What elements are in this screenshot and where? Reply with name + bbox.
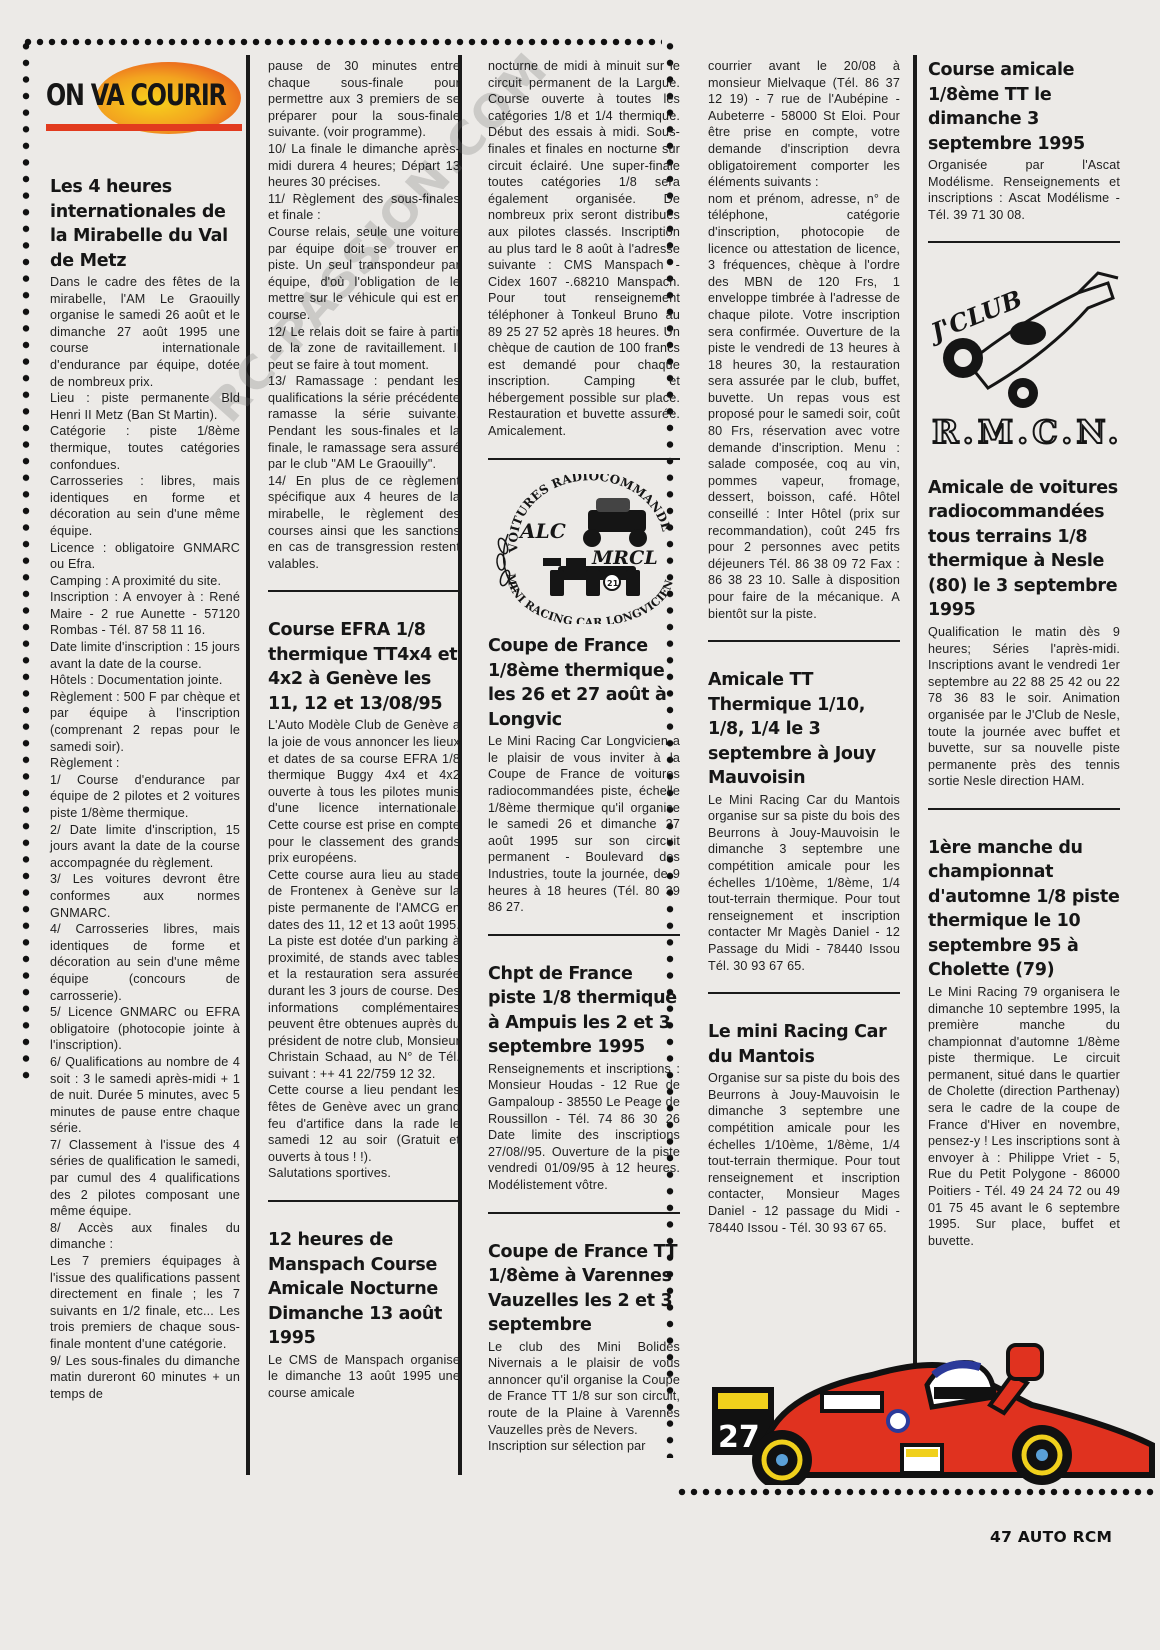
column-rule-4 [913, 55, 917, 1370]
article-body: Le Mini Racing 79 organisera le dimanche… [928, 984, 1120, 1250]
article-title: Chpt de France piste 1/8 thermique à Amp… [488, 962, 680, 1060]
column-rule-1 [246, 55, 250, 1475]
paragraph: Lieu : piste permanente Bld Henri II Met… [50, 390, 240, 423]
article-title: Amicale TT Thermique 1/10, 1/8, 1/4 le 3… [708, 668, 900, 791]
paragraph: 1/ Course d'endurance par équipe de 2 pi… [50, 772, 240, 822]
article-body: Renseignements et inscriptions : Monsieu… [488, 1061, 680, 1194]
paragraph: 6/ Qualifications au nombre de 4 soit : … [50, 1054, 240, 1137]
article-title: Coupe de France 1/8ème thermique les 26 … [488, 634, 680, 732]
paragraph: 12/ Le relais doit se faire à partir de … [268, 324, 460, 374]
paragraph: 9/ Les sous-finales du dimanche matin du… [50, 1353, 240, 1403]
paragraph: Le CMS de Manspach organise le dimanche … [268, 1352, 460, 1402]
article-body: Organise sur sa piste du bois des Beurro… [708, 1070, 900, 1236]
paragraph: Organise sur sa piste du bois des Beurro… [708, 1070, 900, 1236]
column-3: nocturne de midi à minuit sur le circuit… [488, 58, 680, 1455]
article-body-continued: nocturne de midi à minuit sur le circuit… [488, 58, 680, 440]
column-4: courrier avant le 20/08 à monsieur Mielv… [708, 58, 900, 1236]
article-body: Le Mini Racing Car du Mantois organise s… [708, 792, 900, 975]
page-number: 47 [990, 1528, 1012, 1546]
article-title: 12 heures de Manspach Course Amicale Noc… [268, 1228, 460, 1351]
paragraph: Organisée par l'Ascat Modélisme. Renseig… [928, 157, 1120, 223]
dotted-border-top [22, 38, 662, 46]
paragraph: Course relais, seule une voiture par équ… [268, 224, 460, 324]
magazine-page: ON VA COURIR RC-PASSION.COM Les 4 heures… [0, 0, 1160, 1650]
paragraph: Les 7 premiers équipages à l'issue des q… [50, 1253, 240, 1353]
article-body: Qualification le matin dès 9 heures; Sér… [928, 624, 1120, 790]
paragraph: L'Auto Modèle Club de Genève a la joie d… [268, 717, 460, 866]
paragraph: Qualification le matin dès 9 heures; Sér… [928, 624, 1120, 790]
paragraph: Date limite d'inscription : 15 jours ava… [50, 639, 240, 672]
article-title: 1ère manche du championnat d'automne 1/8… [928, 836, 1120, 983]
column-1: Les 4 heures internationales de la Mirab… [50, 175, 240, 1402]
paragraph: Carrosseries : libres, mais identiques e… [50, 473, 240, 539]
article-divider [928, 241, 1120, 243]
paragraph: Inscription : A envoyer à : René Maire -… [50, 589, 240, 639]
paragraph: Règlement : 500 F par chèque et par équi… [50, 689, 240, 755]
article-divider [928, 808, 1120, 810]
paragraph: 5/ Licence GNMARC ou EFRA obligatoire (p… [50, 1004, 240, 1054]
race-car-illustration: 27 [712, 1335, 1157, 1485]
article-body: Le Mini Racing Car Longvicien a le plais… [488, 733, 680, 916]
paragraph: Dans le cadre des fêtes de la mirabelle,… [50, 274, 240, 390]
svg-text:MRCL: MRCL [591, 547, 658, 569]
article-title: Les 4 heures internationales de la Mirab… [50, 175, 240, 273]
jclub-race-car-emblem-icon: J'CLUB R.M.C.N. [928, 253, 1120, 453]
paragraph: 8/ Accès aux finales du dimanche : [50, 1220, 240, 1253]
magazine-name: AUTO RCM [1018, 1528, 1112, 1546]
dotted-border-left [22, 38, 30, 1088]
paragraph: Le Mini Racing Car du Mantois organise s… [708, 792, 900, 975]
paragraph: 14/ En plus de ce règlement spécifique a… [268, 473, 460, 573]
paragraph: 3/ Les voitures devront être conformes a… [50, 871, 240, 921]
article-divider [708, 640, 900, 642]
article-title: Course amicale 1/8ème TT le dimanche 3 s… [928, 58, 1120, 156]
paragraph: 7/ Classement à l'issue des 4 séries de … [50, 1137, 240, 1220]
paragraph: 10/ La finale le dimanche après-midi dur… [268, 141, 460, 191]
longvic-club-emblem-icon: VOITURES RADIOCOMMANDEES MINI RACING CAR… [488, 474, 680, 624]
alc-mrcl-club-logo: VOITURES RADIOCOMMANDEES MINI RACING CAR… [488, 474, 680, 629]
cartoon-race-car-icon: 27 [712, 1335, 1157, 1485]
paragraph: Renseignements et inscriptions : Monsieu… [488, 1061, 680, 1194]
paragraph: 11/ Règlement des sous-finales et finale… [268, 191, 460, 224]
svg-text:21: 21 [607, 579, 619, 588]
paragraph: 13/ Ramassage : pendant les qualificatio… [268, 373, 460, 473]
paragraph: 2/ Date limite d'inscription, 15 jours a… [50, 822, 240, 872]
svg-text:ALC: ALC [518, 519, 566, 543]
article-body: Le CMS de Manspach organise le dimanche … [268, 1352, 460, 1402]
logo-underline-bar [46, 124, 242, 131]
article-divider [708, 992, 900, 994]
article-body-continued: pause de 30 minutes entre chaque sous-fi… [268, 58, 460, 572]
paragraph: Camping : A proximité du site. [50, 573, 240, 590]
paragraph: 4/ Carrosseries libres, mais identiques … [50, 921, 240, 1004]
column-5: Course amicale 1/8ème TT le dimanche 3 s… [928, 58, 1120, 1249]
article-body: Le club des Mini Bolides Nivernais a le … [488, 1339, 680, 1455]
article-title: Le mini Racing Car du Mantois [708, 1020, 900, 1069]
article-title: Course EFRA 1/8 thermique TT4x4 et 4x2 à… [268, 618, 460, 716]
paragraph: pause de 30 minutes entre chaque sous-fi… [268, 58, 460, 141]
article-title: Amicale de voitures radiocommandées tous… [928, 476, 1120, 623]
paragraph: Hôtels : Documentation jointe. [50, 672, 240, 689]
paragraph: nom et prénom, adresse, n° de téléphone,… [708, 191, 900, 622]
article-body-continued: courrier avant le 20/08 à monsieur Mielv… [708, 58, 900, 622]
paragraph: Inscription sur sélection par [488, 1438, 680, 1455]
paragraph: Licence : obligatoire GNMARC ou Efra. [50, 540, 240, 573]
article-body: Dans le cadre des fêtes de la mirabelle,… [50, 274, 240, 1402]
paragraph: Règlement : [50, 755, 240, 772]
column-2: pause de 30 minutes entre chaque sous-fi… [268, 58, 460, 1401]
paragraph: Le Mini Racing 79 organisera le dimanche… [928, 984, 1120, 1250]
paragraph: Catégorie : piste 1/8ème thermique, tout… [50, 423, 240, 473]
article-divider [488, 1212, 680, 1214]
paragraph: nocturne de midi à minuit sur le circuit… [488, 58, 680, 440]
paragraph: Cette course a lieu pendant les fêtes de… [268, 1082, 460, 1165]
dotted-border-bottom-right [676, 1488, 1154, 1496]
svg-text:J'CLUB: J'CLUB [928, 284, 1026, 348]
paragraph: Cette course aura lieu au stade de Front… [268, 867, 460, 1083]
paragraph: Salutations sportives. [268, 1165, 460, 1182]
article-divider [268, 590, 460, 592]
article-divider [488, 934, 680, 936]
paragraph: Le club des Mini Bolides Nivernais a le … [488, 1339, 680, 1439]
article-divider [268, 1200, 460, 1202]
jclub-rmcn-logo: J'CLUB R.M.C.N. [928, 253, 1120, 458]
article-divider [488, 458, 680, 460]
svg-text:R.M.C.N.: R.M.C.N. [932, 413, 1120, 451]
paragraph: courrier avant le 20/08 à monsieur Mielv… [708, 58, 900, 191]
section-title: ON VA COURIR [46, 78, 226, 112]
paragraph: Le Mini Racing Car Longvicien a le plais… [488, 733, 680, 916]
page-footer: 47 AUTO RCM [990, 1528, 1112, 1546]
svg-text:27: 27 [718, 1420, 760, 1455]
article-body: Organisée par l'Ascat Modélisme. Renseig… [928, 157, 1120, 223]
on-va-courir-logo: ON VA COURIR [46, 58, 242, 138]
article-title: Coupe de France TT 1/8ème à Varennes Vau… [488, 1240, 680, 1338]
article-body: L'Auto Modèle Club de Genève a la joie d… [268, 717, 460, 1182]
